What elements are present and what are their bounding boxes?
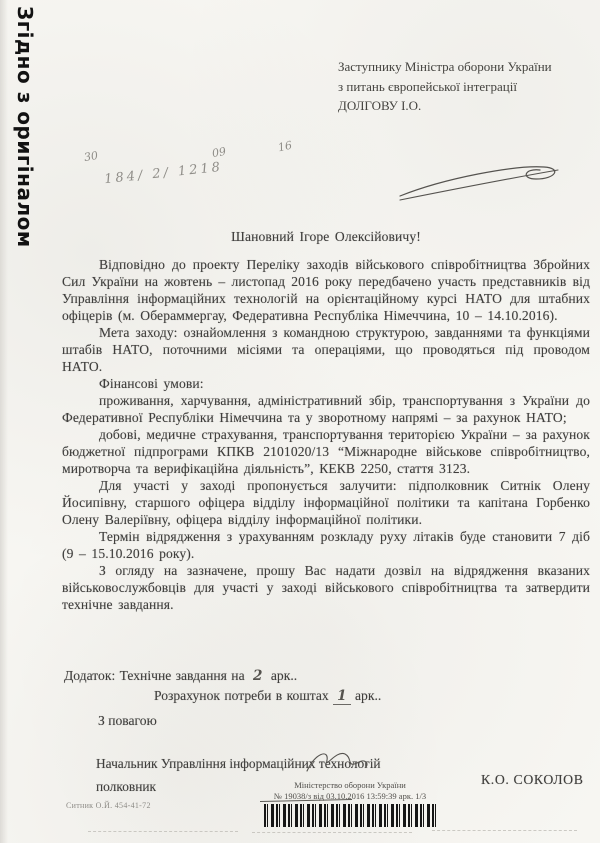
handwritten-reg-number: 184/ 2/ 1218 xyxy=(104,160,224,187)
paragraph: Мета заходу: ознайомлення з командною ст… xyxy=(62,324,590,375)
barcode xyxy=(264,804,436,827)
paragraph: З огляду на зазначене, прошу Вас надати … xyxy=(62,562,590,613)
scan-noise xyxy=(88,831,238,832)
closing-phrase: З повагою xyxy=(98,713,157,729)
salutation: Шановний Ігоре Олексійовичу! xyxy=(62,228,590,245)
attachment-item-2-text: Розрахунок потреби в коштах xyxy=(154,688,329,703)
scanned-letter-page: Згідно з оригіналом Заступнику Міністра … xyxy=(0,0,600,843)
addressee-line-3: ДОЛГОВУ І.О. xyxy=(338,96,588,116)
signer-name: К.О. СОКОЛОВ xyxy=(481,772,584,788)
paragraph: проживання, харчування, адміністративний… xyxy=(62,392,590,426)
certified-copy-stamp: Згідно з оригіналом xyxy=(13,6,37,236)
scan-edge-shadow xyxy=(0,0,8,843)
handwritten-date-day: 30 xyxy=(83,149,99,164)
attachment-item-1-suffix: арк.. xyxy=(271,668,297,683)
registration-barcode-stamp: Міністерство оборони України № 19038/з в… xyxy=(250,780,450,827)
letter-body: Шановний Ігоре Олексійовичу! Відповідно … xyxy=(62,228,590,613)
paragraph: Фінансові умови: xyxy=(62,375,590,392)
paragraph: добові, медичне страхування, транспортув… xyxy=(62,426,590,477)
executor-contact: Ситник О.Й. 454-41-72 xyxy=(66,801,151,810)
handwritten-date-year: 16 xyxy=(277,139,293,155)
scan-noise xyxy=(432,830,577,831)
attachment-item-1-text: Технічне завдання на xyxy=(120,668,245,683)
handwritten-date-month: 09 xyxy=(211,145,227,160)
attachment-item-2-pages-handwritten: 1 xyxy=(333,688,350,705)
stamp-organization: Міністерство оборони України xyxy=(250,780,450,791)
addressee-line-2: з питань європейської інтеграції xyxy=(338,77,588,97)
signer-rank: полковник xyxy=(96,779,156,795)
paragraph: Термін відрядження з урахуванням розклад… xyxy=(62,528,590,562)
paragraph: Для участі у заході пропонується залучит… xyxy=(62,477,590,528)
attachment-item-1: Додаток: Технічне завдання на 2 арк.. xyxy=(64,666,484,686)
addressee-block: Заступнику Міністра оборони України з пи… xyxy=(338,57,588,116)
attachment-item-1-pages-handwritten: 2 xyxy=(249,668,266,684)
attachment-block: Додаток: Технічне завдання на 2 арк.. Ро… xyxy=(64,666,484,706)
approval-signature-scribble xyxy=(397,158,569,208)
signer-signature-scribble xyxy=(303,747,373,779)
attachment-item-2: Розрахунок потреби в коштах 1 арк.. xyxy=(64,686,484,706)
attachment-label: Додаток: xyxy=(64,668,115,683)
scan-noise xyxy=(252,832,412,833)
attachment-item-2-suffix: арк.. xyxy=(355,688,381,703)
paragraph: Відповідно до проекту Переліку заходів в… xyxy=(62,256,590,324)
addressee-line-1: Заступнику Міністра оборони України xyxy=(338,57,588,77)
